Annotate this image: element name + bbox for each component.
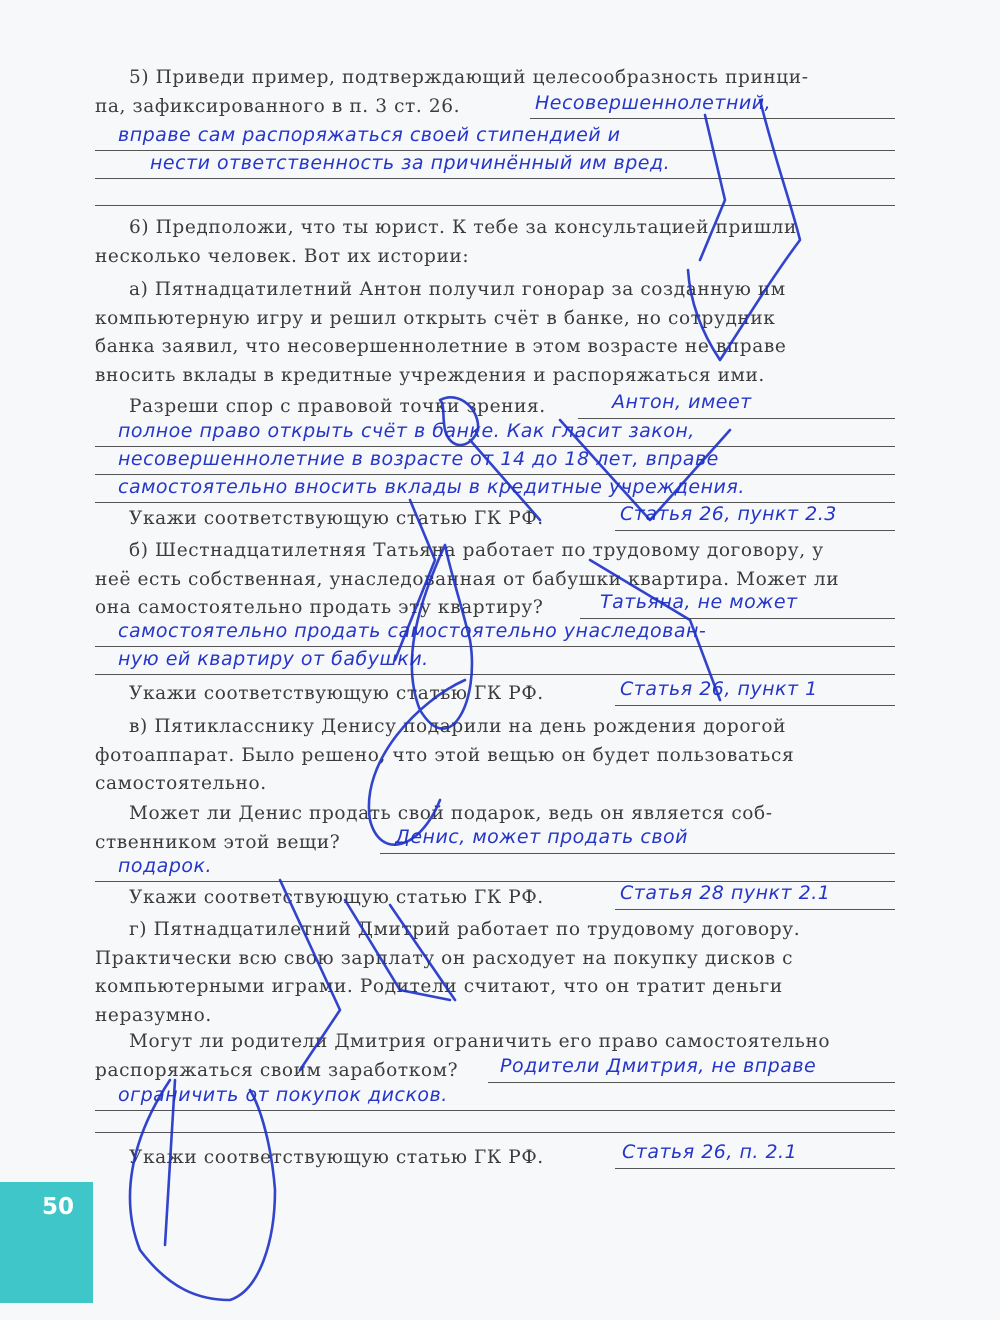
task6-intro-line2: несколько человек. Вот их истории: bbox=[95, 246, 469, 267]
case-b-line3: она самостоятельно продать эту квартиру? bbox=[95, 597, 543, 618]
case-v-question-line2: ственником этой вещи? bbox=[95, 832, 340, 853]
case-a-article-prompt-text: Укажи соответствующую статью ГК РФ. bbox=[129, 508, 544, 529]
case-b-answer-line3: ную ей квартиру от бабушки. bbox=[118, 648, 429, 670]
case-v-article-answer: Статья 28 пункт 2.1 bbox=[620, 882, 830, 904]
workbook-page: 5) Приведи пример, подтверждающий целесо… bbox=[0, 0, 1000, 1320]
case-a-line4: вносить вклады в кредитные учреждения и … bbox=[95, 365, 765, 386]
case-g-line1: г) Пятнадцатилетний Дмитрий работает по … bbox=[129, 919, 800, 940]
answer-line[interactable] bbox=[380, 853, 895, 854]
answer-line[interactable] bbox=[488, 1082, 895, 1083]
case-v-answer-line1: Денис, может продать свой bbox=[395, 826, 688, 848]
case-a-prompt-text: Разреши спор с правовой точки зрения. bbox=[129, 396, 546, 417]
case-v-article-prompt-text: Укажи соответствующую статью ГК РФ. bbox=[129, 887, 544, 908]
answer-line[interactable] bbox=[95, 446, 895, 447]
task5-answer-line3: нести ответственность за причинённый им … bbox=[150, 152, 670, 174]
task5-question: 5) Приведи пример, подтверждающий целесо… bbox=[95, 64, 895, 121]
case-g-line3: компьютерными играми. Родители считают, … bbox=[95, 976, 783, 997]
case-g-answer-line1: Родители Дмитрия, не вправе bbox=[500, 1055, 816, 1077]
case-v-line1: в) Пятикласснику Денису подарили на день… bbox=[129, 716, 786, 737]
task6-intro-line1: 6) Предположи, что ты юрист. К тебе за к… bbox=[129, 217, 797, 238]
answer-line[interactable] bbox=[95, 205, 895, 206]
case-a-line3: банка заявил, что несовершеннолетние в э… bbox=[95, 336, 786, 357]
case-v-answer-line2: подарок. bbox=[118, 855, 212, 877]
answer-line[interactable] bbox=[95, 1132, 895, 1133]
case-g-article-answer: Статья 26, п. 2.1 bbox=[622, 1141, 797, 1163]
answer-line[interactable] bbox=[530, 118, 895, 119]
answer-line[interactable] bbox=[95, 150, 895, 151]
case-v-line2: фотоаппарат. Было решено, что этой вещью… bbox=[95, 745, 794, 766]
answer-line[interactable] bbox=[578, 418, 895, 419]
answer-line[interactable] bbox=[615, 530, 895, 531]
page-number: 50 bbox=[42, 1194, 74, 1220]
case-g-line2: Практически всю свою зарплату он расходу… bbox=[95, 948, 793, 969]
case-a-answer-line3: несовершеннолетние в возрасте от 14 до 1… bbox=[118, 448, 719, 470]
case-b-answer-line1: Татьяна, не может bbox=[600, 591, 798, 613]
case-b-article-answer: Статья 26, пункт 1 bbox=[620, 678, 818, 700]
case-b-article-prompt-text: Укажи соответствующую статью ГК РФ. bbox=[129, 683, 544, 704]
task5-question-line1: 5) Приведи пример, подтверждающий целесо… bbox=[129, 67, 809, 88]
answer-line[interactable] bbox=[95, 474, 895, 475]
answer-line[interactable] bbox=[95, 674, 895, 675]
answer-line[interactable] bbox=[615, 1168, 895, 1169]
case-a-text: а) Пятнадцатилетний Антон получил гонора… bbox=[95, 276, 895, 390]
case-v-question-line1: Может ли Денис продать свой подарок, вед… bbox=[129, 803, 773, 824]
answer-line[interactable] bbox=[95, 178, 895, 179]
answer-line[interactable] bbox=[580, 618, 895, 619]
case-g-text: г) Пятнадцатилетний Дмитрий работает по … bbox=[95, 916, 895, 1030]
case-v-text: в) Пятикласснику Денису подарили на день… bbox=[95, 713, 895, 799]
case-a-answer-line1: Антон, имеет bbox=[612, 391, 752, 413]
task5-answer-line2: вправе сам распоряжаться своей стипендие… bbox=[118, 124, 621, 146]
case-b-line2: неё есть собственная, унаследованная от … bbox=[95, 569, 839, 590]
answer-line[interactable] bbox=[95, 646, 895, 647]
case-a-article-answer: Статья 26, пункт 2.3 bbox=[620, 503, 837, 525]
case-a-line1: а) Пятнадцатилетний Антон получил гонора… bbox=[129, 279, 786, 300]
answer-line[interactable] bbox=[615, 909, 895, 910]
case-a-answer-line2: полное право открыть счёт в банке. Как г… bbox=[118, 420, 695, 442]
task6-intro: 6) Предположи, что ты юрист. К тебе за к… bbox=[95, 214, 895, 271]
case-v-line3: самостоятельно. bbox=[95, 773, 267, 794]
case-g-question-line2: распоряжаться своим заработком? bbox=[95, 1060, 458, 1081]
case-b-answer-line2: самостоятельно продать самостоятельно ун… bbox=[118, 620, 706, 642]
task5-question-line2: па, зафиксированного в п. 3 ст. 26. bbox=[95, 96, 460, 117]
case-a-answer-line4: самостоятельно вносить вклады в кредитны… bbox=[118, 476, 745, 498]
answer-line[interactable] bbox=[95, 1110, 895, 1111]
task5-answer-line1: Несовершеннолетний, bbox=[535, 92, 771, 114]
case-g-article-prompt-text: Укажи соответствующую статью ГК РФ. bbox=[129, 1147, 544, 1168]
answer-line[interactable] bbox=[615, 705, 895, 706]
case-a-line2: компьютерную игру и решил открыть счёт в… bbox=[95, 308, 775, 329]
case-g-answer-line2: ограничить от покупок дисков. bbox=[118, 1084, 448, 1106]
case-b-line1: б) Шестнадцатилетняя Татьяна работает по… bbox=[129, 540, 824, 561]
page-number-badge: 50 bbox=[0, 1182, 93, 1303]
case-g-question-line1: Могут ли родители Дмитрия ограничить его… bbox=[129, 1031, 830, 1052]
case-g-line4: неразумно. bbox=[95, 1005, 212, 1026]
